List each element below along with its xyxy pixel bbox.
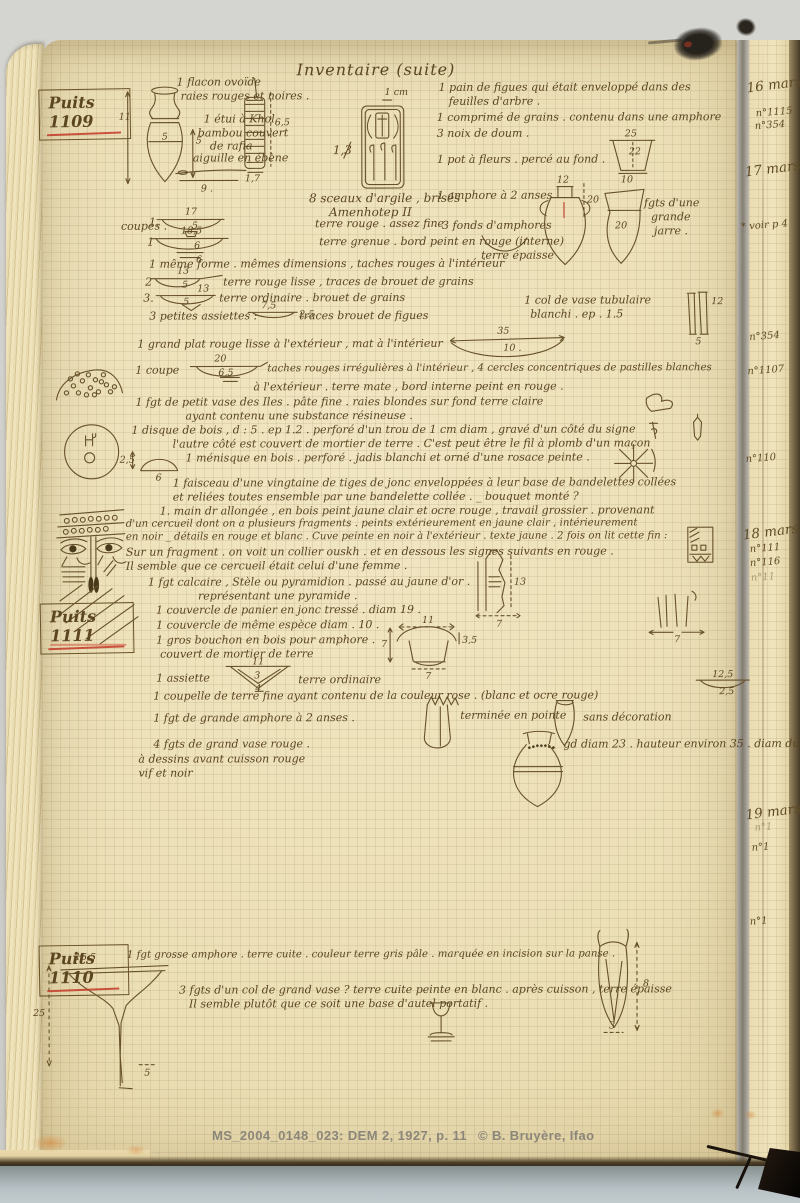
- note-line: 1. main dr allongée , en bois peint jaun…: [160, 504, 655, 516]
- note-line: 1 flacon ovoïde: [177, 76, 261, 87]
- note-line: 3 fonds d'amphores: [442, 220, 552, 231]
- tubular-neck-sketch: [687, 292, 708, 334]
- dim-label: 20: [587, 195, 599, 205]
- dim-label: 10: [621, 175, 633, 185]
- note-line: 1 couvercle de même espèce diam . 10 .: [156, 619, 379, 631]
- note-line: 1 étui à Khol: [204, 113, 275, 124]
- note-line: 1 pot à fleurs . percé au fond .: [437, 153, 605, 164]
- red-vase-sketch: [513, 731, 562, 806]
- note-line: gd diam 23 . hauteur environ 35 . diam d…: [563, 738, 800, 750]
- note-line: 3 petites assiettes :: [149, 310, 257, 321]
- note-line: terre rouge lisse , traces de brouet de …: [223, 276, 474, 288]
- meniscus-sketch: [131, 452, 178, 471]
- dim-label: 5: [162, 133, 168, 143]
- dim-label: 25: [625, 129, 637, 139]
- note-line: d'un cercueil dont on a plusieurs fragme…: [126, 518, 638, 530]
- note-line: Sur un fragment . on voit un collier ous…: [126, 545, 614, 557]
- note-line: 1 faisceau d'une vingtaine de tiges de j…: [173, 476, 676, 488]
- note-line: feuilles d'arbre .: [449, 96, 541, 107]
- dim-label: 1,7: [245, 174, 260, 184]
- note-line: de rafia: [210, 140, 253, 151]
- dim-label: 17: [185, 208, 197, 218]
- reed-sticks-sketch: [649, 591, 704, 634]
- note-line: 1 pain de figues qui était enveloppé dan…: [439, 81, 691, 93]
- note-line: 2: [145, 277, 152, 288]
- note-line: 1 amphore à 2 anses: [437, 190, 553, 201]
- dim-label: 35: [497, 327, 509, 337]
- needle-sketch: [176, 170, 246, 181]
- note-line: taches rouges irrégulières à l'intérieur…: [267, 363, 711, 374]
- note-line: 1 coupe: [135, 365, 179, 376]
- coffin-text-box-sketch: [688, 527, 713, 562]
- scan-caption-reference: MS_2004_0148_023: DEM 2, 1927, p. 11: [212, 1128, 467, 1143]
- pastille-bowl-sketch: [56, 370, 122, 400]
- margin-note-number: n°1: [754, 822, 772, 833]
- note-line: 1.: [149, 217, 160, 228]
- orange-stain-small: [126, 1144, 146, 1156]
- dim-label: 18,5: [181, 227, 202, 237]
- note-line: et reliées toutes ensemble par une bande…: [173, 491, 579, 503]
- note-line: grande: [651, 211, 691, 222]
- dim-label: 20: [615, 221, 627, 231]
- note-line: terre épaisse: [481, 250, 554, 261]
- margin-note-number: n°11: [751, 572, 776, 584]
- note-line: terre rouge . assez fine: [315, 218, 444, 229]
- dim-label: 3: [254, 671, 260, 681]
- note-line: aiguille en ébène: [193, 152, 289, 163]
- note-line: terre grenue . bord peint en rouge (inte…: [319, 236, 564, 248]
- hieroglyph-sign-sketch: [650, 422, 658, 438]
- note-line: terre ordinaire . brouet de grains: [219, 292, 405, 303]
- note-line: 4 fgts de grand vase rouge .: [153, 738, 310, 749]
- red-underline: [48, 645, 124, 650]
- section-label-puits-1109: Puits 1109: [38, 88, 131, 141]
- dim-label: 7: [496, 620, 502, 630]
- dim-label: 4: [255, 684, 261, 694]
- stain-dot: [710, 1108, 725, 1119]
- note-line: 3.: [143, 293, 154, 304]
- handwriting-layer: Inventaire (suite) Puits 1109 Puits 1111…: [0, 0, 800, 1203]
- dim-label: 5: [196, 137, 202, 147]
- note-line: blanchi . ep . 1.5: [530, 308, 623, 319]
- dim-label: 5: [182, 281, 188, 291]
- dim-label: 13: [197, 284, 209, 294]
- dim-label: 5: [695, 337, 701, 347]
- note-line: traces brouet de figues: [299, 310, 428, 321]
- note-line: 1 ménisque en bois . perforé . jadis bla…: [186, 452, 590, 464]
- dim-label: 3: [609, 1021, 615, 1031]
- note-line: Il semble plutôt que ce soit une base d'…: [189, 998, 488, 1010]
- note-line: représentant une pyramide .: [198, 590, 358, 601]
- dim-label: 11: [252, 657, 264, 667]
- note-line: 3 noix de doum .: [437, 128, 530, 139]
- margin-note-number: n°1: [750, 916, 768, 927]
- dim-label: 12,5: [712, 670, 733, 680]
- dim-label: 6,5: [275, 118, 290, 128]
- dim-label: 20: [214, 354, 226, 364]
- note-line: 3 fgts d'un col de grand vase ? terre cu…: [179, 983, 672, 995]
- note-line: Il semble que ce cercueil était celui d'…: [126, 560, 407, 572]
- ink-blot-small: [734, 16, 757, 38]
- note-line: sans décoration: [583, 711, 671, 722]
- red-underline: [47, 987, 119, 992]
- wood-stopper-sketch: [388, 624, 459, 669]
- margin-note-number: n°1: [751, 842, 769, 853]
- note-line: 1 fgt grosse amphore . terre cuite . cou…: [127, 949, 615, 960]
- dim-label: 7: [381, 640, 387, 650]
- scan-caption-copyright: © B. Bruyère, Ifao: [478, 1128, 594, 1143]
- note-line: jarre .: [654, 225, 688, 236]
- note-line: en noir _ détails en rouge et blanc . Cu…: [126, 531, 668, 543]
- dim-label: 6,5: [218, 368, 233, 378]
- dim-label: 13: [177, 267, 189, 277]
- note-line: 1 grand plat rouge lisse à l'extérieur ,…: [137, 338, 442, 350]
- note-line: couvert de mortier de terre: [160, 648, 313, 659]
- dim-label: 13: [514, 578, 526, 588]
- dim-label: 3,5: [462, 636, 477, 646]
- small-vase-fragment-sketch: [646, 394, 672, 411]
- note-line: l'autre côté est couvert de mortier de t…: [173, 437, 651, 449]
- note-line: 1 fgt de petit vase des Iles . pâte fine…: [135, 396, 543, 408]
- note-line: 1 gros bouchon en bois pour amphore .: [156, 634, 375, 646]
- note-line: vif et noir: [138, 768, 192, 779]
- dim-label: 15,5: [75, 953, 96, 963]
- wood-disc-sketch: [65, 425, 119, 479]
- dim-label: 11: [119, 113, 131, 123]
- note-line: raies rouges et noires .: [181, 90, 310, 101]
- note-line: 1 couvercle de panier en jonc tressé . d…: [156, 604, 421, 616]
- note-line: 1 fgt calcaire , Stèle ou pyramidion . p…: [148, 576, 470, 588]
- note-line: à l'extérieur . terre mate , bord intern…: [253, 381, 563, 393]
- dim-label: 7: [425, 672, 431, 682]
- amphora-cone-fragment-sketch: [424, 696, 458, 748]
- note-line: bambou couvert: [198, 127, 289, 138]
- dim-label: 12: [557, 176, 569, 186]
- note-line: 1 assiette: [156, 672, 210, 683]
- dim-label: 22: [629, 147, 641, 157]
- ink-blot: [672, 25, 724, 63]
- note-line: terre ordinaire: [298, 674, 381, 685]
- section-label-puits-1111: Puits 1111: [40, 602, 135, 655]
- dim-label: 2,5: [299, 310, 314, 320]
- note-line: 1 même forme . mêmes dimensions , taches…: [149, 258, 504, 270]
- dim-label: 7,5: [261, 301, 276, 311]
- note-line: coupes .: [121, 221, 167, 232]
- plumb-bob-glyph: [694, 414, 702, 440]
- dim-label: 1,3: [333, 144, 352, 156]
- stain-dot: [744, 1110, 757, 1120]
- note-line: 1 fgt de grande amphore à 2 anses .: [153, 712, 355, 724]
- note-line: 1 comprimé de grains . contenu dans une …: [437, 111, 722, 123]
- dim-label: 5: [144, 1069, 150, 1079]
- seal-stamp-sketch: [344, 100, 404, 188]
- dim-label: 2,5: [719, 687, 734, 697]
- dim-label: 5: [183, 298, 189, 308]
- note-line: 1 col de vase tubulaire: [524, 294, 651, 305]
- dim-label: 6: [194, 242, 200, 252]
- note-line: 1 disque de bois , d : 5 . ep 1.2 . perf…: [132, 423, 636, 435]
- dim-label: 11: [422, 616, 434, 626]
- orange-stain: [32, 1134, 68, 1152]
- dim-label: 1 cm: [385, 88, 408, 98]
- page-title: Inventaire (suite): [297, 62, 456, 78]
- dim-label: 6: [196, 256, 202, 266]
- scanned-notebook-page: Inventaire (suite) Puits 1109 Puits 1111…: [0, 0, 800, 1203]
- dim-label: 2,5: [120, 456, 135, 466]
- dim-label: 6: [156, 474, 162, 484]
- section-label-text: Puits 1109: [48, 93, 94, 132]
- incised-amphora-tip-sketch: [598, 929, 639, 1032]
- dim-label: 8: [643, 979, 649, 989]
- dim-label: 12: [711, 297, 723, 307]
- dim-label: 9 .: [201, 184, 213, 194]
- note-line: fgts d'une: [644, 197, 699, 208]
- note-line: ayant contenu une substance résineuse .: [185, 410, 412, 422]
- note-line: à dessins avant cuisson rouge: [138, 753, 305, 764]
- dim-label: 7: [674, 635, 680, 645]
- section-label-text: Puits 1111: [50, 607, 96, 646]
- red-underline: [47, 131, 121, 136]
- dim-label: 10 .: [503, 344, 521, 354]
- note-line: terminée en pointe: [460, 710, 566, 721]
- dim-label: 25: [33, 1009, 45, 1019]
- note-line: 1 coupelle de terre fine ayant contenu d…: [153, 689, 598, 701]
- note-line: 1: [147, 237, 154, 248]
